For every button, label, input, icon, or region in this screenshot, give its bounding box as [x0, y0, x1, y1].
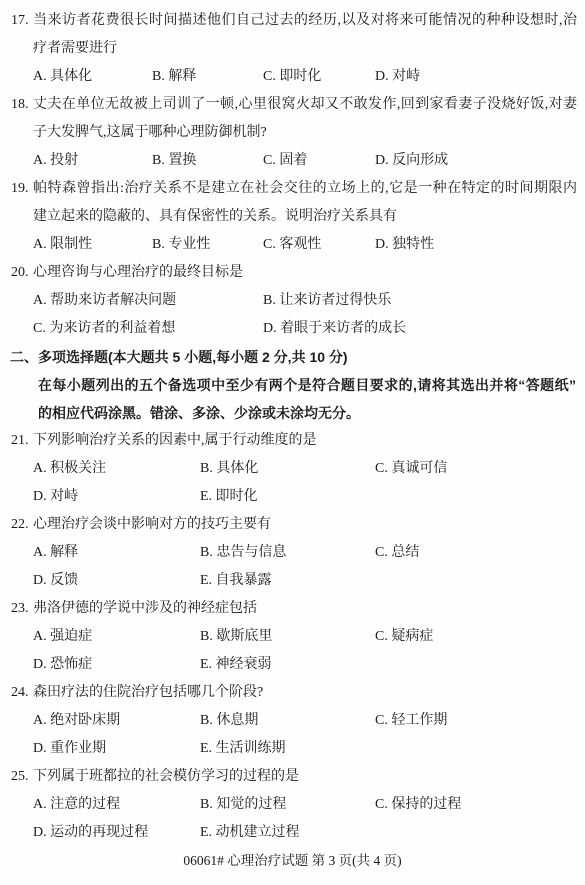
question-18-number: 18.: [11, 91, 29, 119]
question-17: 17. 当来访者花费很长时间描述他们自己过去的经历,以及对将来可能情况的种种设想…: [0, 7, 585, 91]
question-23-number: 23.: [11, 595, 29, 623]
question-18-option-d: D. 反向形成: [375, 147, 585, 175]
question-23: 23. 弗洛伊德的学说中涉及的神经症包括 A. 强迫症 B. 歇斯底里 C. 疑…: [0, 595, 585, 679]
question-22-option-d: D. 反馈: [33, 567, 200, 595]
question-21-option-c: C. 真诚可信: [375, 455, 585, 483]
question-21-options-row-2: D. 对峙 E. 即时化: [33, 483, 585, 511]
question-23-stem-line-1: 弗洛伊德的学说中涉及的神经症包括: [33, 595, 585, 623]
question-25-option-b: B. 知觉的过程: [200, 791, 375, 819]
question-17-number: 17.: [11, 7, 29, 35]
question-24: 24. 森田疗法的住院治疗包括哪几个阶段? A. 绝对卧床期 B. 休息期 C.…: [0, 679, 585, 763]
question-25-option-e: E. 动机建立过程: [200, 819, 375, 847]
question-25-stem-line-1: 下列属于班都拉的社会模仿学习的过程的是: [33, 763, 585, 791]
question-22: 22. 心理治疗会谈中影响对方的技巧主要有 A. 解释 B. 忠告与信息 C. …: [0, 511, 585, 595]
question-18: 18. 丈夫在单位无故被上司训了一顿,心里很窝火却又不敢发作,回到家看妻子没烧好…: [0, 91, 585, 175]
question-24-option-d: D. 重作业期: [33, 735, 200, 763]
question-23-option-c: C. 疑病症: [375, 623, 585, 651]
question-25-option-c: C. 保持的过程: [375, 791, 585, 819]
question-22-options-row-2: D. 反馈 E. 自我暴露: [33, 567, 585, 595]
question-17-option-a: A. 具体化: [33, 63, 152, 91]
question-21-options-row-1: A. 积极关注 B. 具体化 C. 真诚可信: [33, 455, 585, 483]
question-20: 20. 心理咨询与心理治疗的最终目标是 A. 帮助来访者解决问题 B. 让来访者…: [0, 259, 585, 343]
question-18-option-a: A. 投射: [33, 147, 152, 175]
question-20-number: 20.: [11, 259, 29, 287]
question-18-option-c: C. 固着: [263, 147, 375, 175]
question-25-option-a: A. 注意的过程: [33, 791, 200, 819]
question-24-option-a: A. 绝对卧床期: [33, 707, 200, 735]
question-22-options-row-1: A. 解释 B. 忠告与信息 C. 总结: [33, 539, 585, 567]
question-20-option-b: B. 让来访者过得快乐: [263, 287, 585, 315]
question-19-option-d: D. 独特性: [375, 231, 585, 259]
question-21-stem-line-1: 下列影响治疗关系的因素中,属于行动维度的是: [33, 427, 585, 455]
question-22-option-c: C. 总结: [375, 539, 585, 567]
question-24-option-e: E. 生活训练期: [200, 735, 375, 763]
question-24-option-b: B. 休息期: [200, 707, 375, 735]
question-22-option-a: A. 解释: [33, 539, 200, 567]
question-19-options-row: A. 限制性 B. 专业性 C. 客观性 D. 独特性: [33, 231, 585, 259]
question-17-stem-line-1: 当来访者花费很长时间描述他们自己过去的经历,以及对将来可能情况的种种设想时,治: [33, 7, 577, 35]
question-18-option-b: B. 置换: [152, 147, 263, 175]
question-25-number: 25.: [11, 763, 29, 791]
question-18-stem-line-1: 丈夫在单位无故被上司训了一顿,心里很窝火却又不敢发作,回到家看妻子没烧好饭,对妻: [33, 91, 577, 119]
question-19-option-b: B. 专业性: [152, 231, 263, 259]
question-24-stem-line-1: 森田疗法的住院治疗包括哪几个阶段?: [33, 679, 585, 707]
question-19-stem-line-1: 帕特森曾指出:治疗关系不是建立在社会交往的立场上的,它是一种在特定的时间期限内: [33, 175, 577, 203]
question-19-number: 19.: [11, 175, 29, 203]
question-21: 21. 下列影响治疗关系的因素中,属于行动维度的是 A. 积极关注 B. 具体化…: [0, 427, 585, 511]
question-23-option-e: E. 神经衰弱: [200, 651, 375, 679]
question-25-options-row-1: A. 注意的过程 B. 知觉的过程 C. 保持的过程: [33, 791, 585, 819]
question-24-number: 24.: [11, 679, 29, 707]
section-2-instruction-line-2: 的相应代码涂黑。错涂、多涂、少涂或未涂均无分。: [38, 399, 585, 427]
question-23-option-d: D. 恐怖症: [33, 651, 200, 679]
question-21-option-e: E. 即时化: [200, 483, 375, 511]
question-19-option-c: C. 客观性: [263, 231, 375, 259]
question-17-options-row: A. 具体化 B. 解释 C. 即时化 D. 对峙: [33, 63, 585, 91]
question-22-option-e: E. 自我暴露: [200, 567, 375, 595]
question-24-option-c: C. 轻工作期: [375, 707, 585, 735]
question-20-options-row-1: A. 帮助来访者解决问题 B. 让来访者过得快乐: [33, 287, 585, 315]
question-23-option-a: A. 强迫症: [33, 623, 200, 651]
question-19: 19. 帕特森曾指出:治疗关系不是建立在社会交往的立场上的,它是一种在特定的时间…: [0, 175, 585, 259]
question-21-option-d: D. 对峙: [33, 483, 200, 511]
question-22-number: 22.: [11, 511, 29, 539]
question-23-options-row-1: A. 强迫症 B. 歇斯底里 C. 疑病症: [33, 623, 585, 651]
question-17-stem-line-2: 疗者需要进行: [33, 35, 585, 63]
page-footer: 06061# 心理治疗试题 第 3 页(共 4 页): [0, 847, 585, 875]
question-17-option-c: C. 即时化: [263, 63, 375, 91]
question-19-stem-line-2: 建立起来的隐蔽的、具有保密性的关系。说明治疗关系具有: [33, 203, 585, 231]
question-17-option-d: D. 对峙: [375, 63, 585, 91]
question-21-option-b: B. 具体化: [200, 455, 375, 483]
question-20-option-d: D. 着眼于来访者的成长: [263, 315, 585, 343]
question-22-option-b: B. 忠告与信息: [200, 539, 375, 567]
exam-page: 17. 当来访者花费很长时间描述他们自己过去的经历,以及对将来可能情况的种种设想…: [0, 0, 585, 875]
question-20-stem-line-1: 心理咨询与心理治疗的最终目标是: [33, 259, 585, 287]
question-24-options-row-1: A. 绝对卧床期 B. 休息期 C. 轻工作期: [33, 707, 585, 735]
question-18-stem-line-2: 子大发脾气,这属于哪种心理防御机制?: [33, 119, 585, 147]
section-2-instruction-line-1: 在每小题列出的五个备选项中至少有两个是符合题目要求的,请将其选出并将“答题纸”: [38, 371, 576, 399]
question-23-option-b: B. 歇斯底里: [200, 623, 375, 651]
question-21-number: 21.: [11, 427, 29, 455]
question-20-options-row-2: C. 为来访者的利益着想 D. 着眼于来访者的成长: [33, 315, 585, 343]
section-2-title: 二、多项选择题(本大题共 5 小题,每小题 2 分,共 10 分): [0, 343, 585, 371]
question-25: 25. 下列属于班都拉的社会模仿学习的过程的是 A. 注意的过程 B. 知觉的过…: [0, 763, 585, 847]
question-18-options-row: A. 投射 B. 置换 C. 固着 D. 反向形成: [33, 147, 585, 175]
question-17-option-b: B. 解释: [152, 63, 263, 91]
question-23-options-row-2: D. 恐怖症 E. 神经衰弱: [33, 651, 585, 679]
question-20-option-a: A. 帮助来访者解决问题: [33, 287, 263, 315]
question-20-option-c: C. 为来访者的利益着想: [33, 315, 263, 343]
question-21-option-a: A. 积极关注: [33, 455, 200, 483]
question-24-options-row-2: D. 重作业期 E. 生活训练期: [33, 735, 585, 763]
question-25-options-row-2: D. 运动的再现过程 E. 动机建立过程: [33, 819, 585, 847]
question-22-stem-line-1: 心理治疗会谈中影响对方的技巧主要有: [33, 511, 585, 539]
question-25-option-d: D. 运动的再现过程: [33, 819, 200, 847]
question-19-option-a: A. 限制性: [33, 231, 152, 259]
